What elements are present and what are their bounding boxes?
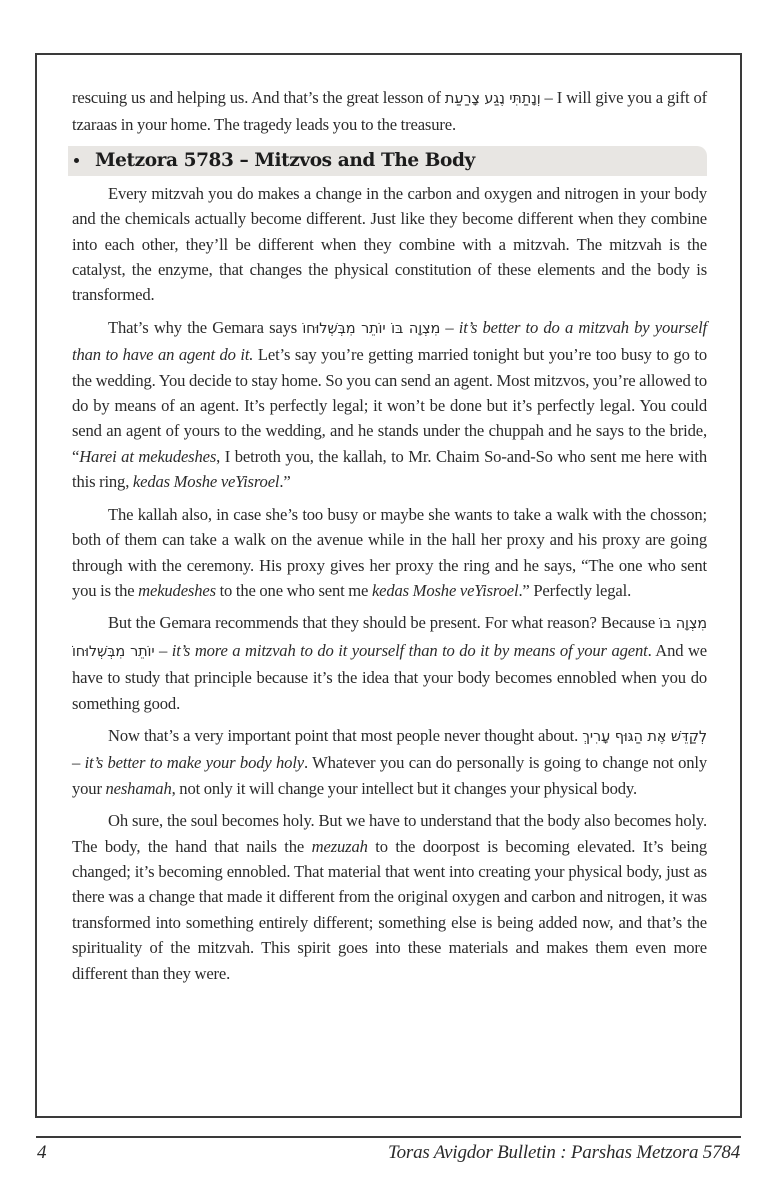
- paragraph-text: That’s why the Gemara says: [108, 318, 302, 337]
- italic-term: kedas Moshe veYisroel: [372, 581, 518, 600]
- article-body: rescuing us and helping us. And that’s t…: [72, 85, 707, 993]
- bullet-icon: [74, 158, 79, 163]
- paragraph-text: , not only it will change your intellect…: [172, 779, 637, 798]
- paragraph-2: That’s why the Gemara says מִצְוָה בּוֹ …: [72, 315, 707, 495]
- dash: –: [154, 641, 171, 660]
- hebrew-quote: מִצְוָה בּוֹ יוֹתֵר מִבְּשְׁלוּחוֹ: [302, 321, 440, 337]
- italic-translation: it’s more a mitzvah to do it yourself th…: [172, 641, 648, 660]
- hebrew-quote: וְנָתַתִּי נֶגַע צָרַעַת: [445, 91, 541, 107]
- dash: –: [440, 318, 459, 337]
- italic-term: kedas Moshe veYisroel: [133, 472, 279, 491]
- paragraph-text: But the Gemara recommends that they shou…: [108, 613, 659, 632]
- paragraph-text: .” Perfectly legal.: [518, 581, 631, 600]
- paragraph-5: Now that’s a very important point that m…: [72, 723, 707, 801]
- hebrew-quote: לְקַדֵּשׁ אֶת הַגּוּף עָרִיךְ: [582, 729, 707, 745]
- footer-publication-title: Toras Avigdor Bulletin : Parshas Metzora…: [388, 1142, 740, 1164]
- italic-term: mekudeshes: [138, 581, 216, 600]
- section-title: Metzora 5783 – Mitzvos and The Body: [95, 150, 475, 171]
- paragraph-text: to the doorpost is becoming elevated. It…: [72, 837, 707, 983]
- paragraph-text: .”: [279, 472, 290, 491]
- paragraph-6: Oh sure, the soul becomes holy. But we h…: [72, 808, 707, 986]
- paragraph-text: Every mitzvah you do makes a change in t…: [72, 184, 707, 305]
- content-frame: rescuing us and helping us. And that’s t…: [35, 53, 742, 1118]
- italic-term: mezuzah: [312, 837, 368, 856]
- italic-term: Harei at mekudeshes: [79, 447, 216, 466]
- intro-text: rescuing us and helping us. And that’s t…: [72, 88, 445, 107]
- page-number: 4: [37, 1142, 47, 1164]
- paragraph-text: to the one who sent me: [216, 581, 372, 600]
- intro-paragraph: rescuing us and helping us. And that’s t…: [72, 85, 707, 138]
- section-heading-bar: Metzora 5783 – Mitzvos and The Body: [68, 146, 707, 176]
- paragraph-text: Now that’s a very important point that m…: [108, 726, 582, 745]
- footer-divider: [36, 1136, 741, 1138]
- italic-translation: it’s better to make your body holy: [85, 753, 304, 772]
- dash: –: [72, 753, 85, 772]
- paragraph-4: But the Gemara recommends that they shou…: [72, 610, 707, 716]
- italic-term: neshamah: [106, 779, 172, 798]
- paragraph-3: The kallah also, in case she’s too busy …: [72, 502, 707, 604]
- paragraph-1: Every mitzvah you do makes a change in t…: [72, 181, 707, 308]
